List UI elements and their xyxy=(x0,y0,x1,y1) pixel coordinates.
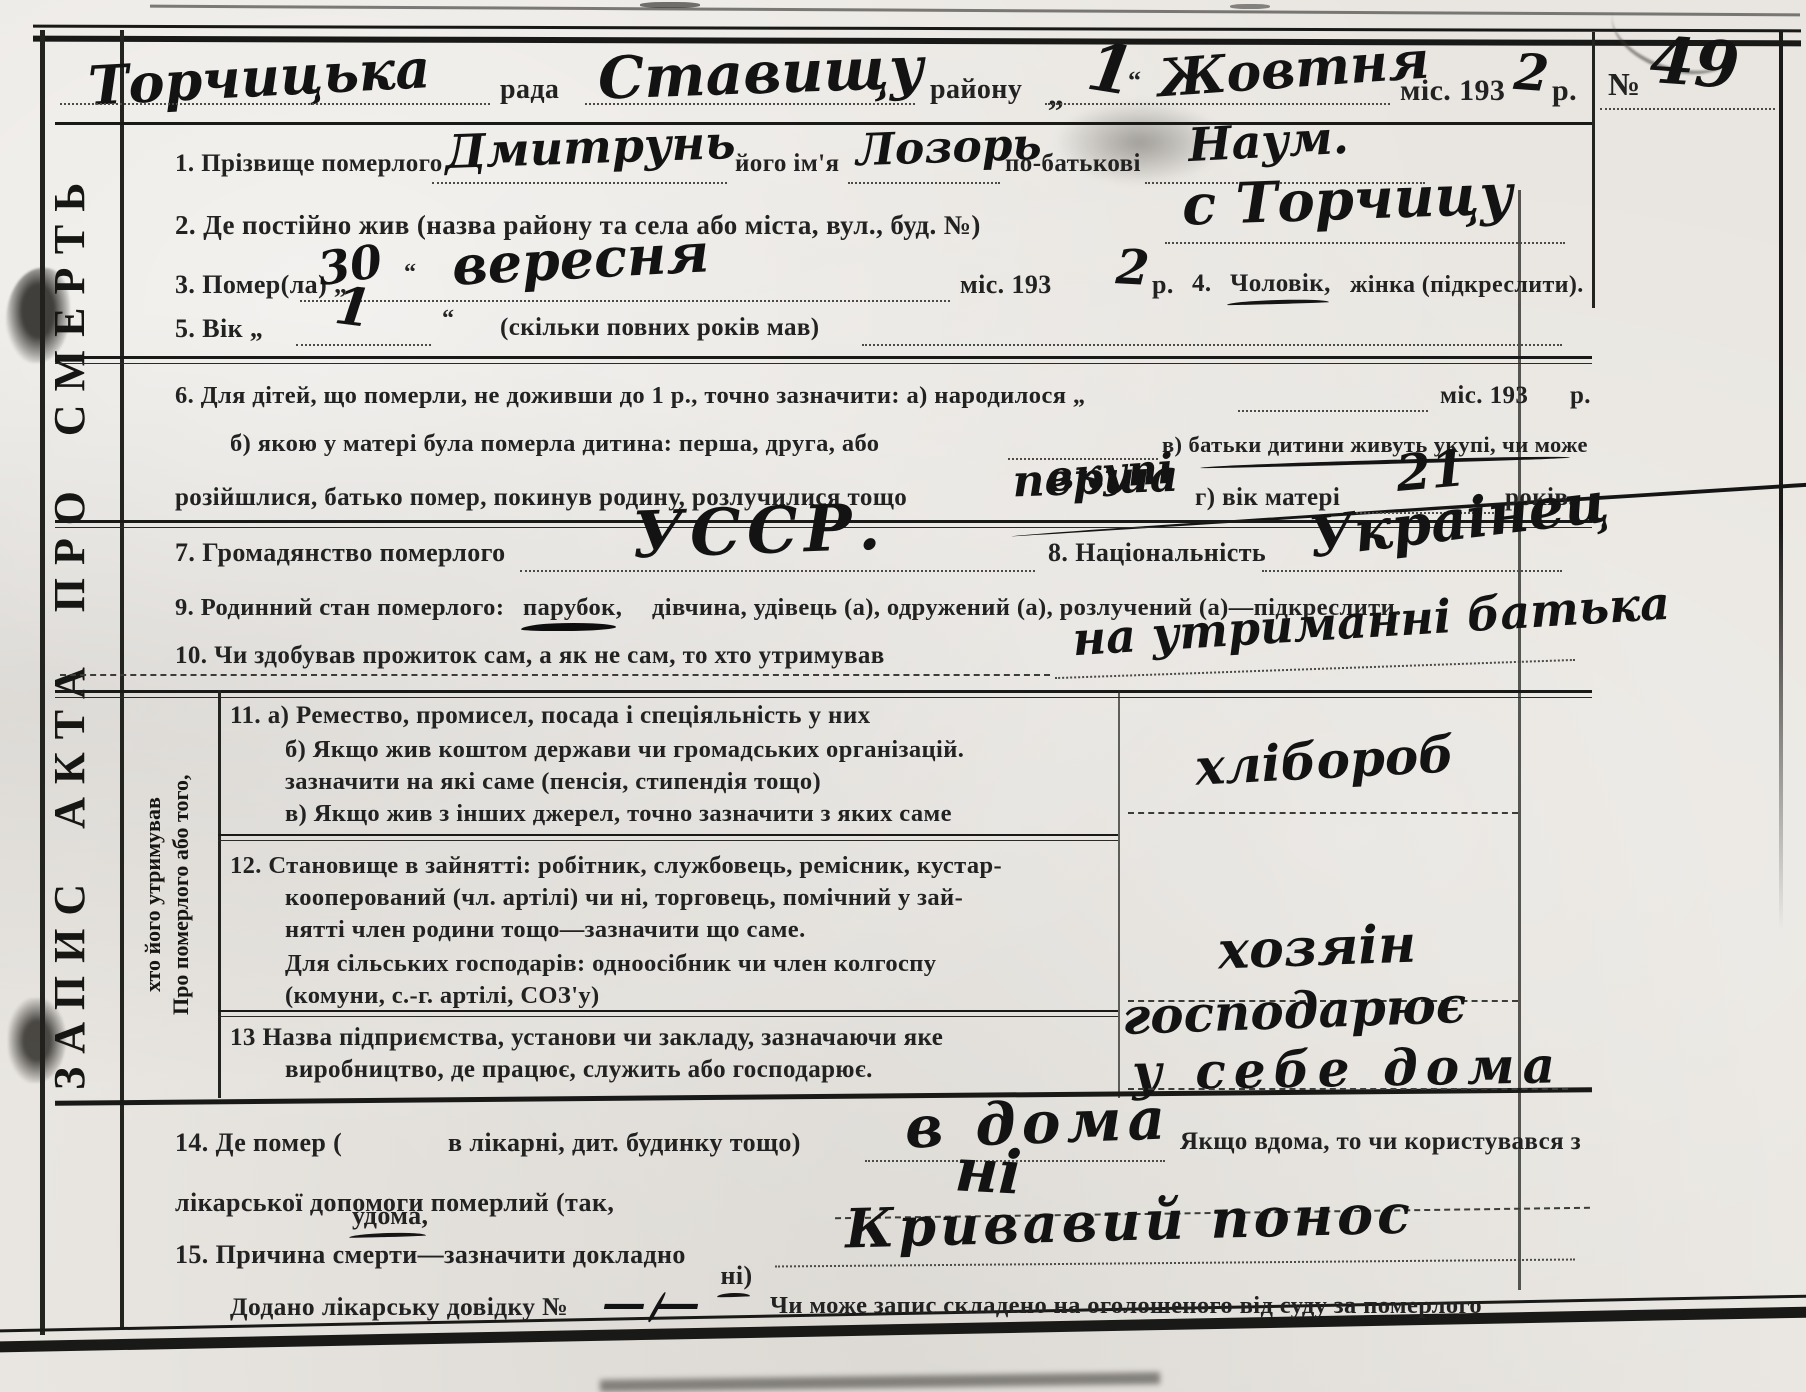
bottom-smudge xyxy=(600,1372,1160,1392)
edge-speck-2 xyxy=(1230,4,1270,9)
field5-label: 5. Вік „ xyxy=(175,314,263,344)
field12-l3: нятті член родини тощо—зазначити що саме… xyxy=(285,916,806,944)
field12-l5: (комуни, с.-г. артілі, СОЗ'у) xyxy=(285,982,600,1010)
field5-close-quote: “ xyxy=(442,306,454,334)
answer13-dashline xyxy=(1128,1088,1568,1090)
field8-label: 8. Національність xyxy=(1048,538,1266,568)
field6-line1: 6. Для дітей, що померли, не доживши до … xyxy=(175,382,1086,410)
number-box-left-border xyxy=(1592,32,1595,308)
field14-label-b: в лікарні, дит. будинку тощо) xyxy=(448,1128,801,1158)
patronymic-handwriting: Наум. xyxy=(1187,114,1350,168)
frame-top-thin xyxy=(33,25,1801,33)
field13-l1: 13 Назва підприємства, установи чи закла… xyxy=(230,1024,943,1053)
citizenship-handwriting: УССР. xyxy=(631,496,887,569)
field15-dots xyxy=(775,1259,1575,1268)
field2-dots xyxy=(1165,242,1565,244)
field13-l2: виробництво, де працює, служить або госп… xyxy=(285,1056,873,1085)
answer11-dashline xyxy=(1128,812,1518,814)
field15-label: 15. Причина смерти—зазначити докладно xyxy=(175,1240,686,1270)
side-label-line1: Про померлого або того, xyxy=(168,705,194,1085)
place-name-handwriting: Ставищу xyxy=(597,38,925,107)
field1-dots-1 xyxy=(432,182,727,184)
field11-a: 11. а) Ремество, промисел, посада і спец… xyxy=(230,702,871,731)
rule-11-12 xyxy=(218,834,1118,841)
field9-label: 9. Родинний стан померлого: xyxy=(175,594,504,622)
field7-dots xyxy=(520,570,1035,572)
field10-label: 10. Чи здобував прожиток сам, а як не са… xyxy=(175,642,885,671)
vertical-title: ЗАПИС АКТА ПРО СМЕРТЬ xyxy=(44,240,95,1090)
together-handwriting: вкупі xyxy=(1045,448,1175,499)
table-answer-divider xyxy=(1118,690,1120,1098)
field12-l1: 12. Становище в зайнятті: робітник, служ… xyxy=(230,852,1002,880)
field11-v: в) Якщо жив з інших джерел, точно зазнач… xyxy=(285,800,952,828)
header-dotted-line-2 xyxy=(585,103,915,105)
death-month-handwriting: вересня xyxy=(451,225,711,292)
header-dotted-line-3 xyxy=(1045,103,1390,105)
month-handwriting: Жовтня xyxy=(1157,35,1431,106)
field14-label-c: Якщо вдома, то чи користувався з xyxy=(1180,1128,1581,1157)
left-strip-divider xyxy=(120,30,124,1330)
scan-top-edge xyxy=(150,5,1800,17)
field12-l4: Для сільських господарів: одноосібник чи… xyxy=(285,950,936,978)
field6-r-label: р. xyxy=(1570,382,1591,411)
record-no-label: № xyxy=(1608,66,1641,103)
record-no-handwriting: 49 xyxy=(1648,29,1741,99)
field14-label-a: 14. Де помер ( xyxy=(175,1128,342,1158)
year-digit-handwriting: 2 xyxy=(1512,47,1550,99)
rule-under-5 xyxy=(55,356,1592,364)
side-label-line2: хто його утримував xyxy=(140,725,166,1065)
enterprise-answer-line1: господарює xyxy=(1121,980,1467,1042)
surname-handwriting: Дмитрунь xyxy=(444,119,736,175)
rada-label: рада xyxy=(500,74,559,106)
death-record-scan: ЗАПИС АКТА ПРО СМЕРТЬ Торчицька рада Ста… xyxy=(0,0,1806,1392)
raion-label: району xyxy=(930,74,1022,106)
table-label-divider xyxy=(218,690,221,1098)
field9-parubok-option: парубок, xyxy=(523,594,622,622)
field6-line2a: б) якою у матері була померла дитина: пе… xyxy=(230,430,879,458)
field4-rest: жінка (підкреслити). xyxy=(1350,272,1584,300)
field14-label-d: лікарської допомоги померлий (так, xyxy=(175,1188,614,1218)
open-quote: „ xyxy=(1048,76,1064,113)
rule-12-13 xyxy=(218,1010,1118,1017)
age-handwriting: 1 xyxy=(332,280,374,336)
field4-num: 4. xyxy=(1192,270,1212,299)
field1-name-label: його ім'я xyxy=(735,150,839,179)
field12-l2: кооперований (чл. артілі) чи ні, торгове… xyxy=(285,884,963,912)
cause-of-death-handwriting: Кривавий понос xyxy=(844,1187,1414,1256)
close-quote: “ xyxy=(1128,66,1141,96)
number-box-dotted xyxy=(1600,108,1775,110)
field3-dots xyxy=(300,300,950,302)
table-top-rule xyxy=(55,690,1592,698)
answer-column-line xyxy=(1518,190,1521,1290)
residence-handwriting: с Торчицу xyxy=(1181,166,1514,234)
field1-label: 1. Прізвище померлого xyxy=(175,150,443,179)
field6-dots-1 xyxy=(1238,410,1428,412)
field5-hint: (скільки повних років мав) xyxy=(500,314,820,343)
field14-ni-option: ні) xyxy=(720,1261,752,1290)
field11-b2: зазначити на які саме (пенсія, стипендія… xyxy=(285,768,821,796)
field15-dodano-label: Додано лікарську довідку № xyxy=(230,1292,568,1321)
field3-r-label: р. xyxy=(1152,270,1174,300)
field3-close-quote: “ xyxy=(404,260,416,288)
field10-dashline xyxy=(60,674,1050,676)
field15-chy-label: Чи може запис складено на оголошеного ві… xyxy=(770,1292,1482,1320)
died-where-handwriting: в дома xyxy=(904,1089,1172,1156)
field5-dots-2 xyxy=(862,344,1562,346)
field3-mis-label: міс. 193 xyxy=(960,270,1052,300)
field4-male-option: Чоловік, xyxy=(1230,270,1331,297)
field7-label: 7. Громадянство померлого xyxy=(175,538,506,568)
maintenance-handwriting: на утриманні батька xyxy=(1071,580,1671,662)
field1-dots-2 xyxy=(848,182,1000,184)
death-year-handwriting: 2 xyxy=(1115,243,1151,293)
occupation-answer-handwriting: хлібороб xyxy=(1194,729,1456,793)
field1-patronymic-label: по-батькові xyxy=(1005,150,1141,179)
header-mis-label: міс. 193 xyxy=(1400,74,1505,109)
field6-line2b: в) батьки дитини живуть укупі, чи може xyxy=(1162,432,1588,458)
field8-dots xyxy=(1262,570,1562,572)
field5-dots-1 xyxy=(296,344,431,346)
header-rule xyxy=(55,122,1592,125)
header-r-label: р. xyxy=(1552,74,1577,109)
field6-mis-label: міс. 193 xyxy=(1440,382,1528,411)
header-dotted-line-1 xyxy=(60,103,490,105)
frame-right xyxy=(1779,30,1783,930)
status-answer-handwriting: хозяін xyxy=(1217,919,1417,978)
field11-b1: б) Якщо жив коштом держави чи громадськи… xyxy=(285,736,964,764)
